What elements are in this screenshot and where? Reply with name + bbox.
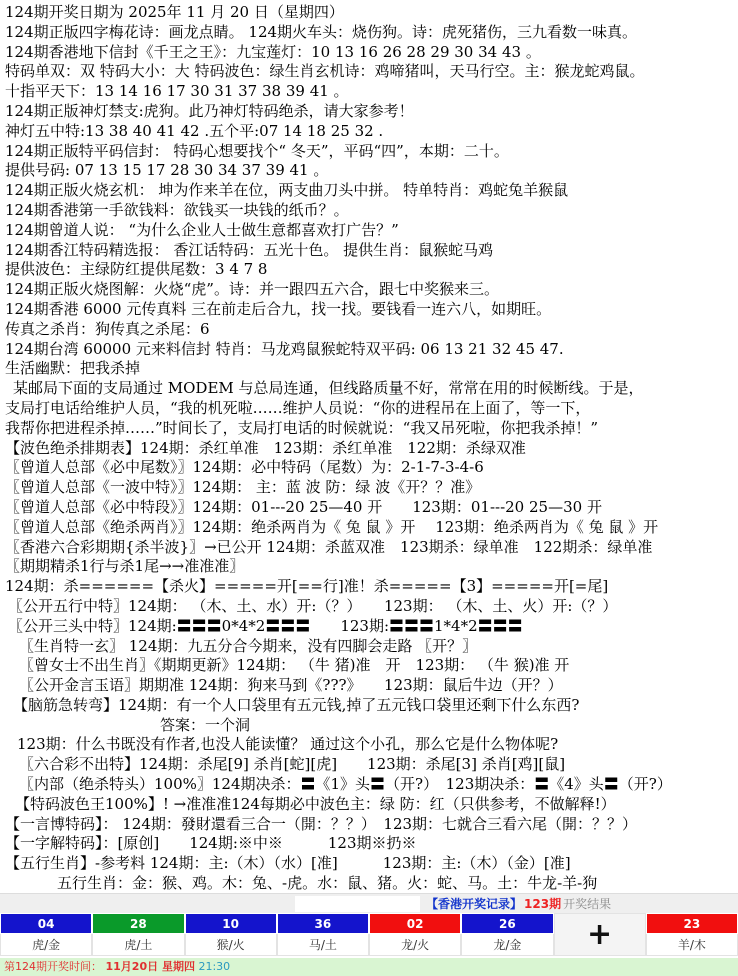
text-line: 124期开奖日期为 2025年 11 月 20 日（星期四） (0, 3, 738, 23)
text-line: 生活幽默：把我杀掉 (0, 359, 738, 379)
results-issue-badge: 123期 (524, 895, 561, 912)
text-line: 124期香江特码精选报： 香江话特码：五光十色。 提供生肖：鼠猴蛇马鸡 (0, 241, 738, 261)
results-footer: 第124期开奖时间： 11月20日 星期四 21:30 (0, 958, 738, 976)
text-line: 〖曾道人总部《必中尾数》〗124期：必中特码（尾数）为：2-1-7-3-4-6 (0, 458, 738, 478)
ball-number: 02 (369, 913, 461, 934)
text-line: 支局打电话给维护人员，“我的机死啦……维护人员说：“你的进程吊在上面了，等一下， (0, 399, 738, 419)
plus-icon: + (554, 913, 646, 956)
text-line: 我帮你把进程杀掉……”时间长了，支局打电话的时候就说：“我又吊死啦，你把我杀掉！… (0, 419, 738, 439)
ball-column: 04虎/金 (0, 913, 92, 956)
text-line: 十指平天下：13 14 16 17 30 31 37 38 39 41 。 (0, 82, 738, 102)
text-line: 提供号码: 07 13 15 17 28 30 34 37 39 41 。 (0, 161, 738, 181)
text-line: 传真之杀肖：狗传真之杀尾：6 (0, 320, 738, 340)
ball-number: 04 (0, 913, 92, 934)
text-line: 124期正版特平码信封： 特码心想要找个“ 冬天”，平码“四”，本期：二十。 (0, 142, 738, 162)
ball-zodiac-element-label: 龙/金 (461, 934, 553, 956)
text-line: 【一言博特码】： 124期：發財還看三合一（開：？？） 123期：七就合三看六尾… (0, 815, 738, 835)
ball-zodiac-element-label: 马/土 (277, 934, 369, 956)
text-line: 124期香港 6000 元传真料 三在前走后合九，找一找。要钱看一连六八，如期旺… (0, 300, 738, 320)
header-white-box (295, 896, 420, 912)
text-line: 124期正版四字梅花诗：画龙点睛。 124期火车头：烧伤狗。诗：虎死猪伤，三九看… (0, 23, 738, 43)
ball-column: 26龙/金 (461, 913, 553, 956)
text-line: 〖公开金言玉语〗期期准 124期：狗来马到《???》 123期：鼠后牛边（开？） (0, 676, 738, 696)
results-balls-grid: 04虎/金28虎/土10猴/火36马/土02龙/火26龙/金+23羊/木 (0, 913, 738, 956)
text-line: 〖生肖特一玄〗 124期：九五分合今期来，没有四脚会走路 〖开？〗 (0, 637, 738, 657)
text-line: 答案：一个洞 (0, 716, 738, 736)
ball-column: 02龙/火 (369, 913, 461, 956)
text-line: 【特码波色王100%】! →准准准124每期必中波色主：绿 防：红（只供参考，不… (0, 795, 738, 815)
text-line: 【波色绝杀排期表】124期：杀红单准 123期：杀红单准 122期：杀绿双准 (0, 439, 738, 459)
text-line: 提供波色：主绿防红提供尾数：3 4 7 8 (0, 260, 738, 280)
text-line: 〖公开三头中特〗124期:〓〓〓0*4*2〓〓〓 123期:〓〓〓1*4*2〓〓… (0, 617, 738, 637)
text-line: 〖公开五行中特〗124期： （木、土、水）开:（？） 123期： （木、土、火）… (0, 597, 738, 617)
text-line: 124期香港地下信封《千王之王》：九宝莲灯：10 13 16 26 28 29 … (0, 43, 738, 63)
text-line: 124期：杀======【杀火】=====开[==行]准！杀=====【3】==… (0, 577, 738, 597)
ball-number: 28 (92, 913, 184, 934)
text-line: 124期正版神灯禁支:虎狗。此乃神灯特码绝杀，请大家参考！ (0, 102, 738, 122)
ball-column: 23羊/木 (646, 913, 738, 956)
text-line: 特码单双：双 特码大小：大 特码波色：绿生肖玄机诗：鸡啼猪叫，天马行空。主：猴龙… (0, 62, 738, 82)
text-line: 〖曾道人总部《必中特段》〗124期：01---20 25—40 开 123期：0… (0, 498, 738, 518)
lottery-info-page: 124期开奖日期为 2025年 11 月 20 日（星期四）124期正版四字梅花… (0, 0, 738, 976)
ball-number: 26 (461, 913, 553, 934)
text-line: 124期香港第一手欲钱料：欲钱买一块钱的纸币？。 (0, 201, 738, 221)
text-line: 〖期期精杀1行与杀1尾→→准准准〗 (0, 557, 738, 577)
text-line: 124期曾道人说： “为什么企业人士做生意都喜欢打广告？” (0, 221, 738, 241)
next-draw-label: 第124期开奖时间： (4, 960, 102, 973)
text-line: 〖曾道人总部《绝杀两肖》〗124期：绝杀两肖为《 兔 鼠 》开 123期：绝杀两… (0, 518, 738, 538)
text-line: 124期台湾 60000 元来料信封 特肖：马龙鸡鼠猴蛇特双平码: 06 13 … (0, 340, 738, 360)
text-line: 【一字解特码】：[原创] 124期:※中※ 123期※扔※ (0, 834, 738, 854)
text-line: 124期正版火烧玄机： 坤为作来羊在位，两支曲刀头中拼。 特单特肖：鸡蛇兔羊猴鼠 (0, 181, 738, 201)
text-line: 〖曾道人总部《一波中特》〗124期： 主：蓝 波 防：绿 波《开？？准》 (0, 478, 738, 498)
text-line: 【脑筋急转弯】124期：有一个人口袋里有五元钱,掉了五元钱口袋里还剩下什么东西? (0, 696, 738, 716)
ball-zodiac-element-label: 虎/土 (92, 934, 184, 956)
ball-number: 23 (646, 913, 738, 934)
results-panel: 【香港开奖记录】 123期 开奖结果 04虎/金28虎/土10猴/火36马/土0… (0, 893, 738, 976)
ball-zodiac-element-label: 羊/木 (646, 934, 738, 956)
text-line: 神灯五中特:13 38 40 41 42 .五个平:07 14 18 25 32… (0, 122, 738, 142)
text-line: 〖内部（绝杀特头）100%〗124期决杀：〓《1》头〓（开?） 123期决杀：〓… (0, 775, 738, 795)
text-line: 〖六合彩不出特】124期：杀尾[9] 杀肖[蛇][虎] 123期：杀尾[3] 杀… (0, 755, 738, 775)
results-title: 【香港开奖记录】 (426, 895, 522, 912)
ball-column: 36马/土 (277, 913, 369, 956)
text-line: 〖曾女士不出生肖〗《期期更新》124期： （牛 猪)准 开 123期： （牛 猴… (0, 656, 738, 676)
text-line: 五行生肖：金：猴、鸡。木：兔、-虎。水：鼠、猪。火：蛇、马。土：牛龙-羊-狗 (0, 874, 738, 894)
ball-zodiac-element-label: 猴/火 (185, 934, 277, 956)
ball-number: 36 (277, 913, 369, 934)
ball-zodiac-element-label: 虎/金 (0, 934, 92, 956)
text-line: 124期正版火烧图解：火烧“虎”。诗：并一跟四五六合，跟七中奖猴来三。 (0, 280, 738, 300)
ball-zodiac-element-label: 龙/火 (369, 934, 461, 956)
next-draw-time: 21:30 (198, 960, 230, 973)
results-header: 【香港开奖记录】 123期 开奖结果 (0, 893, 738, 913)
results-suffix: 开奖结果 (563, 895, 611, 912)
header-spacer (0, 894, 295, 914)
text-line: 【五行生肖】-参考料 124期：主:（木）（水）[准] 123期：主:（木）（金… (0, 854, 738, 874)
plus-column: + (554, 913, 646, 956)
ball-column: 28虎/土 (92, 913, 184, 956)
ball-number: 10 (185, 913, 277, 934)
text-line: 某邮局下面的支局通过 MODEM 与总局连通，但线路质量不好，常常在用的时候断线… (0, 379, 738, 399)
next-draw-date: 11月20日 星期四 (106, 960, 195, 973)
ball-column: 10猴/火 (185, 913, 277, 956)
text-line: 123期：什么书既没有作者,也没人能读懂？ 通过这个小孔，那么它是什么物体呢? (0, 735, 738, 755)
text-line: 〖香港六合彩期期{杀半波}〗→已公开 124期：杀蓝双准 123期杀：绿单准 1… (0, 538, 738, 558)
body-lines: 124期开奖日期为 2025年 11 月 20 日（星期四）124期正版四字梅花… (0, 0, 738, 894)
